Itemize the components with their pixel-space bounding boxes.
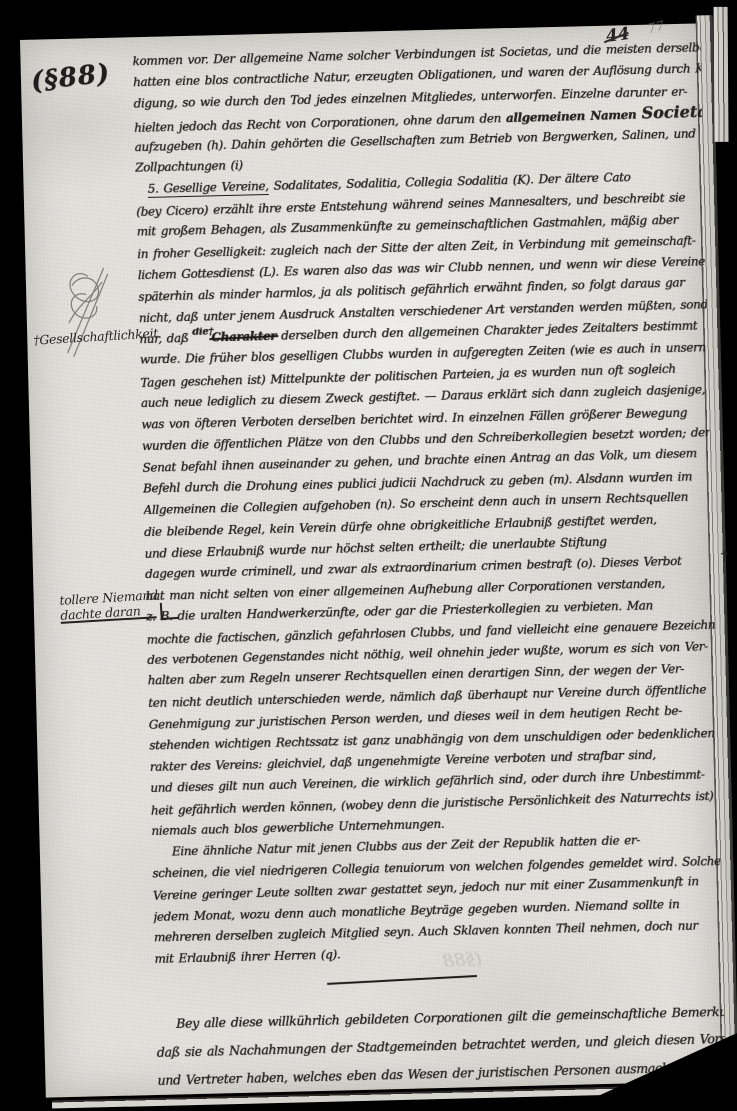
right-margin-dagger: † bbox=[721, 549, 728, 564]
divider-rule bbox=[327, 975, 477, 985]
paper-sheet: (§88) 44 77 †Gesellschaftlichkeit toller… bbox=[20, 23, 722, 1097]
underlined-heading: 5. Gesellige Vereine, bbox=[148, 179, 269, 198]
scanned-manuscript-page: (§88) 44 77 †Gesellschaftlichkeit toller… bbox=[0, 0, 737, 1111]
page-number-pencil: 77 bbox=[646, 19, 666, 37]
emphasized-words: allgemeinen Namen bbox=[506, 108, 642, 126]
large-keyword: Societates bbox=[641, 101, 702, 122]
text-block: kommen vor. Der allgemeine Name solcher … bbox=[132, 37, 725, 1094]
pencil-scribble bbox=[55, 260, 119, 361]
page-corner-stack bbox=[714, 7, 729, 142]
section-number: (§88) bbox=[30, 58, 112, 97]
margin-note-tollere: tollere Niemand dachte daran bbox=[59, 587, 159, 623]
struck-word: Charakter bbox=[211, 329, 276, 345]
